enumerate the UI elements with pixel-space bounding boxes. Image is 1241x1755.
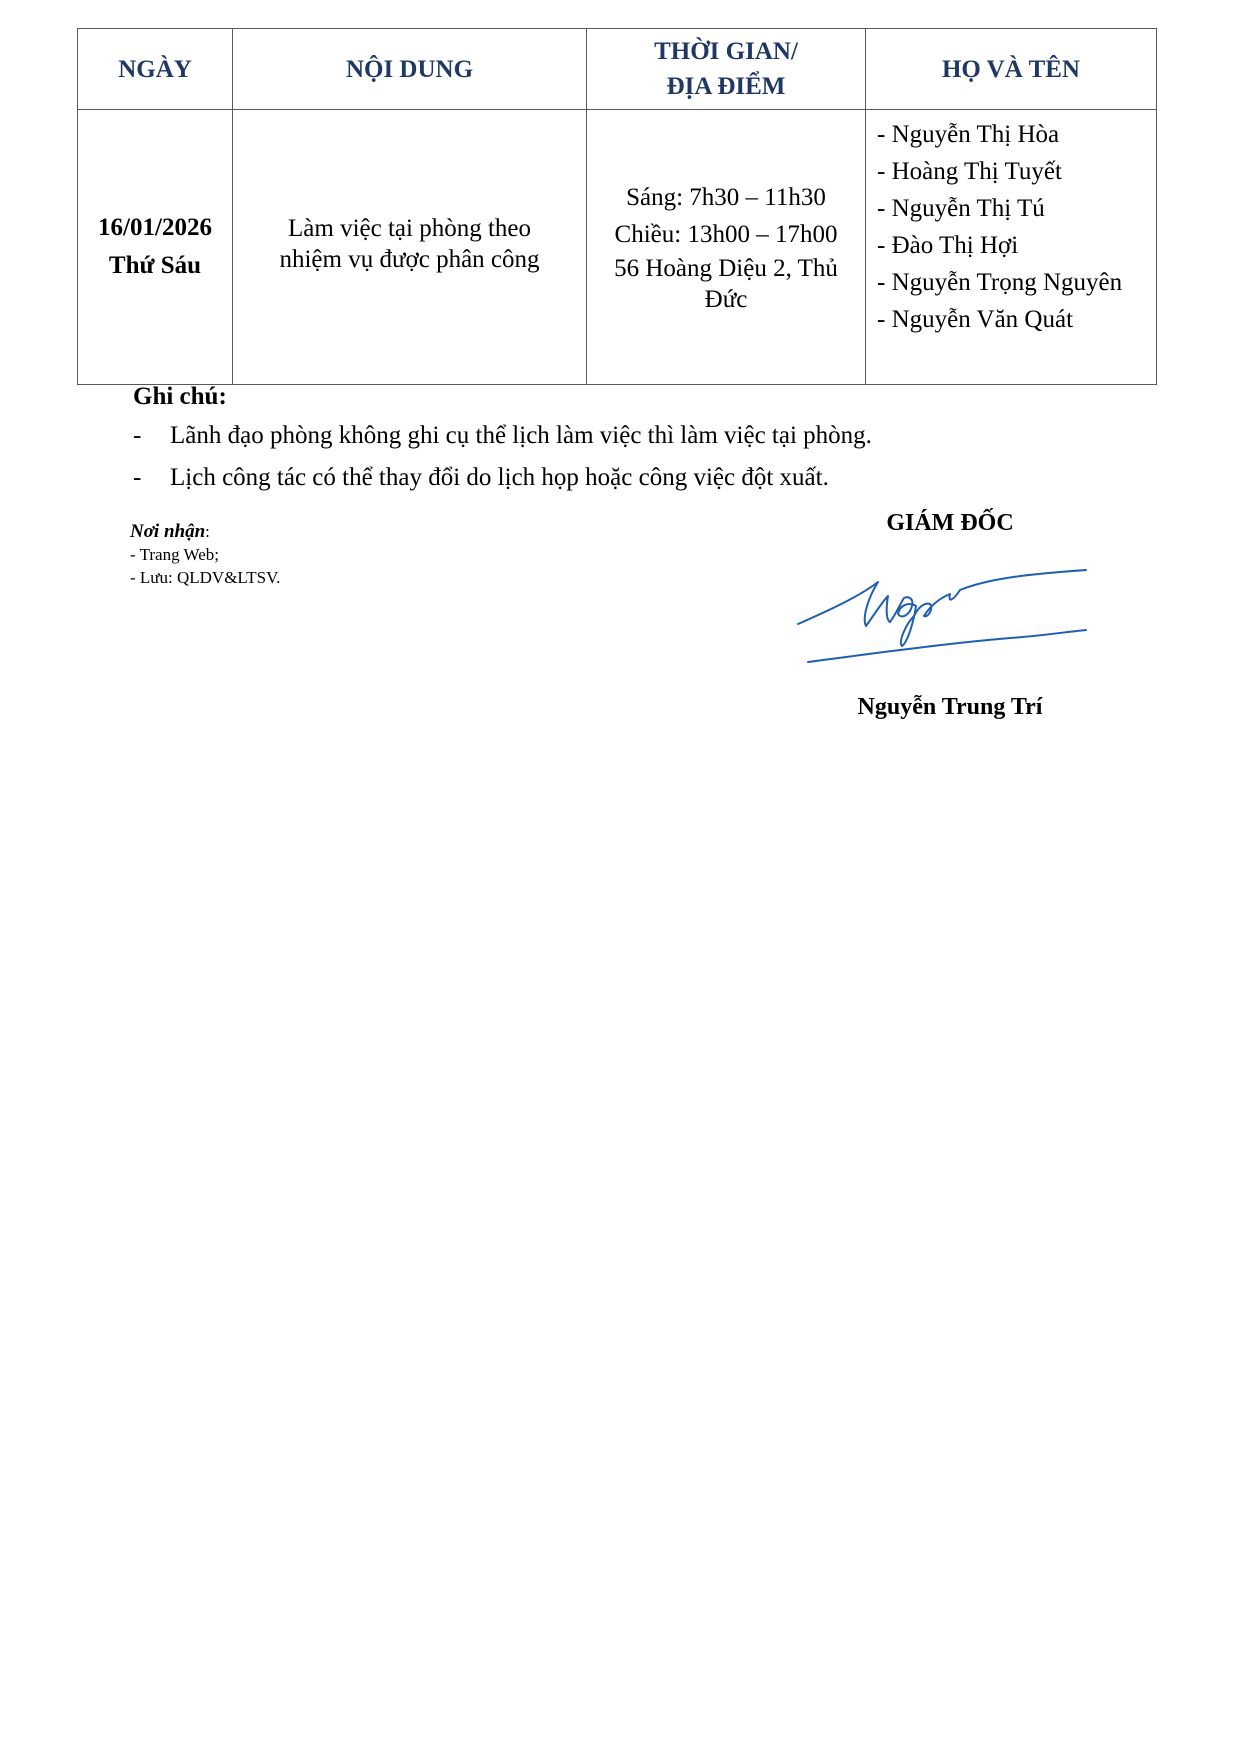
signer-name: Nguyễn Trung Trí (790, 690, 1110, 724)
name-item: - Nguyễn Văn Quát (877, 301, 1156, 338)
notes-section: Ghi chú: - Lãnh đạo phòng không ghi cụ t… (133, 379, 1133, 499)
cell-time-location: Sáng: 7h30 – 11h30 Chiều: 13h00 – 17h00 … (587, 110, 866, 385)
header-date: NGÀY (78, 29, 233, 110)
cell-date: 16/01/2026 Thứ Sáu (78, 110, 233, 385)
table-row: 16/01/2026 Thứ Sáu Làm việc tại phòng th… (78, 110, 1157, 385)
recipients-colon: : (205, 522, 210, 541)
content-line1: Làm việc tại phòng theo (288, 215, 531, 242)
notes-title: Ghi chú: (133, 379, 1133, 415)
date-value: 16/01/2026 (98, 214, 212, 241)
header-names: HỌ VÀ TÊN (866, 29, 1157, 110)
note-text: Lãnh đạo phòng không ghi cụ thể lịch làm… (170, 422, 872, 449)
name-item: - Đào Thị Hợi (877, 227, 1156, 264)
bullet-dash: - (133, 457, 141, 499)
weekday-value: Thứ Sáu (109, 252, 201, 279)
handwritten-signature-icon (790, 558, 1090, 668)
cell-names: - Nguyễn Thị Hòa - Hoàng Thị Tuyết - Ngu… (866, 110, 1157, 385)
signature-block: GIÁM ĐỐC Nguyễn Trung Trí (790, 506, 1110, 724)
header-time-location: THỜI GIAN/ ĐỊA ĐIỂM (587, 29, 866, 110)
cell-content: Làm việc tại phòng theo nhiệm vụ được ph… (233, 110, 587, 385)
note-item: - Lịch công tác có thể thay đổi do lịch … (133, 457, 1133, 499)
name-item: - Nguyễn Thị Hòa (877, 116, 1156, 153)
morning-time: Sáng: 7h30 – 11h30 (587, 179, 865, 216)
address: 56 Hoàng Diệu 2, Thủ Đức (587, 253, 865, 315)
content-line2: nhiệm vụ được phân công (279, 246, 539, 273)
name-item: - Nguyễn Thị Tú (877, 190, 1156, 227)
table-header-row: NGÀY NỘI DUNG THỜI GIAN/ ĐỊA ĐIỂM HỌ VÀ … (78, 29, 1157, 110)
header-time-line2: ĐỊA ĐIỂM (667, 73, 786, 100)
address-line2: Đức (705, 286, 748, 313)
recipients-heading: Nơi nhận: (130, 520, 280, 543)
note-text: Lịch công tác có thể thay đổi do lịch họ… (170, 464, 829, 491)
schedule-table: NGÀY NỘI DUNG THỜI GIAN/ ĐỊA ĐIỂM HỌ VÀ … (77, 28, 1157, 385)
header-time-line1: THỜI GIAN/ (654, 38, 798, 65)
address-line1: 56 Hoàng Diệu 2, Thủ (614, 255, 838, 282)
header-content: NỘI DUNG (233, 29, 587, 110)
signer-title: GIÁM ĐỐC (790, 506, 1110, 540)
name-item: - Hoàng Thị Tuyết (877, 153, 1156, 190)
recipients-section: Nơi nhận: - Trang Web; - Lưu: QLDV&LTSV. (130, 520, 280, 589)
recipient-item: - Trang Web; (130, 543, 280, 566)
bullet-dash: - (133, 415, 141, 457)
note-item: - Lãnh đạo phòng không ghi cụ thể lịch l… (133, 415, 1133, 457)
recipients-title: Nơi nhận (130, 521, 205, 542)
recipient-item: - Lưu: QLDV&LTSV. (130, 566, 280, 589)
afternoon-time: Chiều: 13h00 – 17h00 (587, 216, 865, 253)
name-item: - Nguyễn Trọng Nguyên (877, 264, 1156, 301)
